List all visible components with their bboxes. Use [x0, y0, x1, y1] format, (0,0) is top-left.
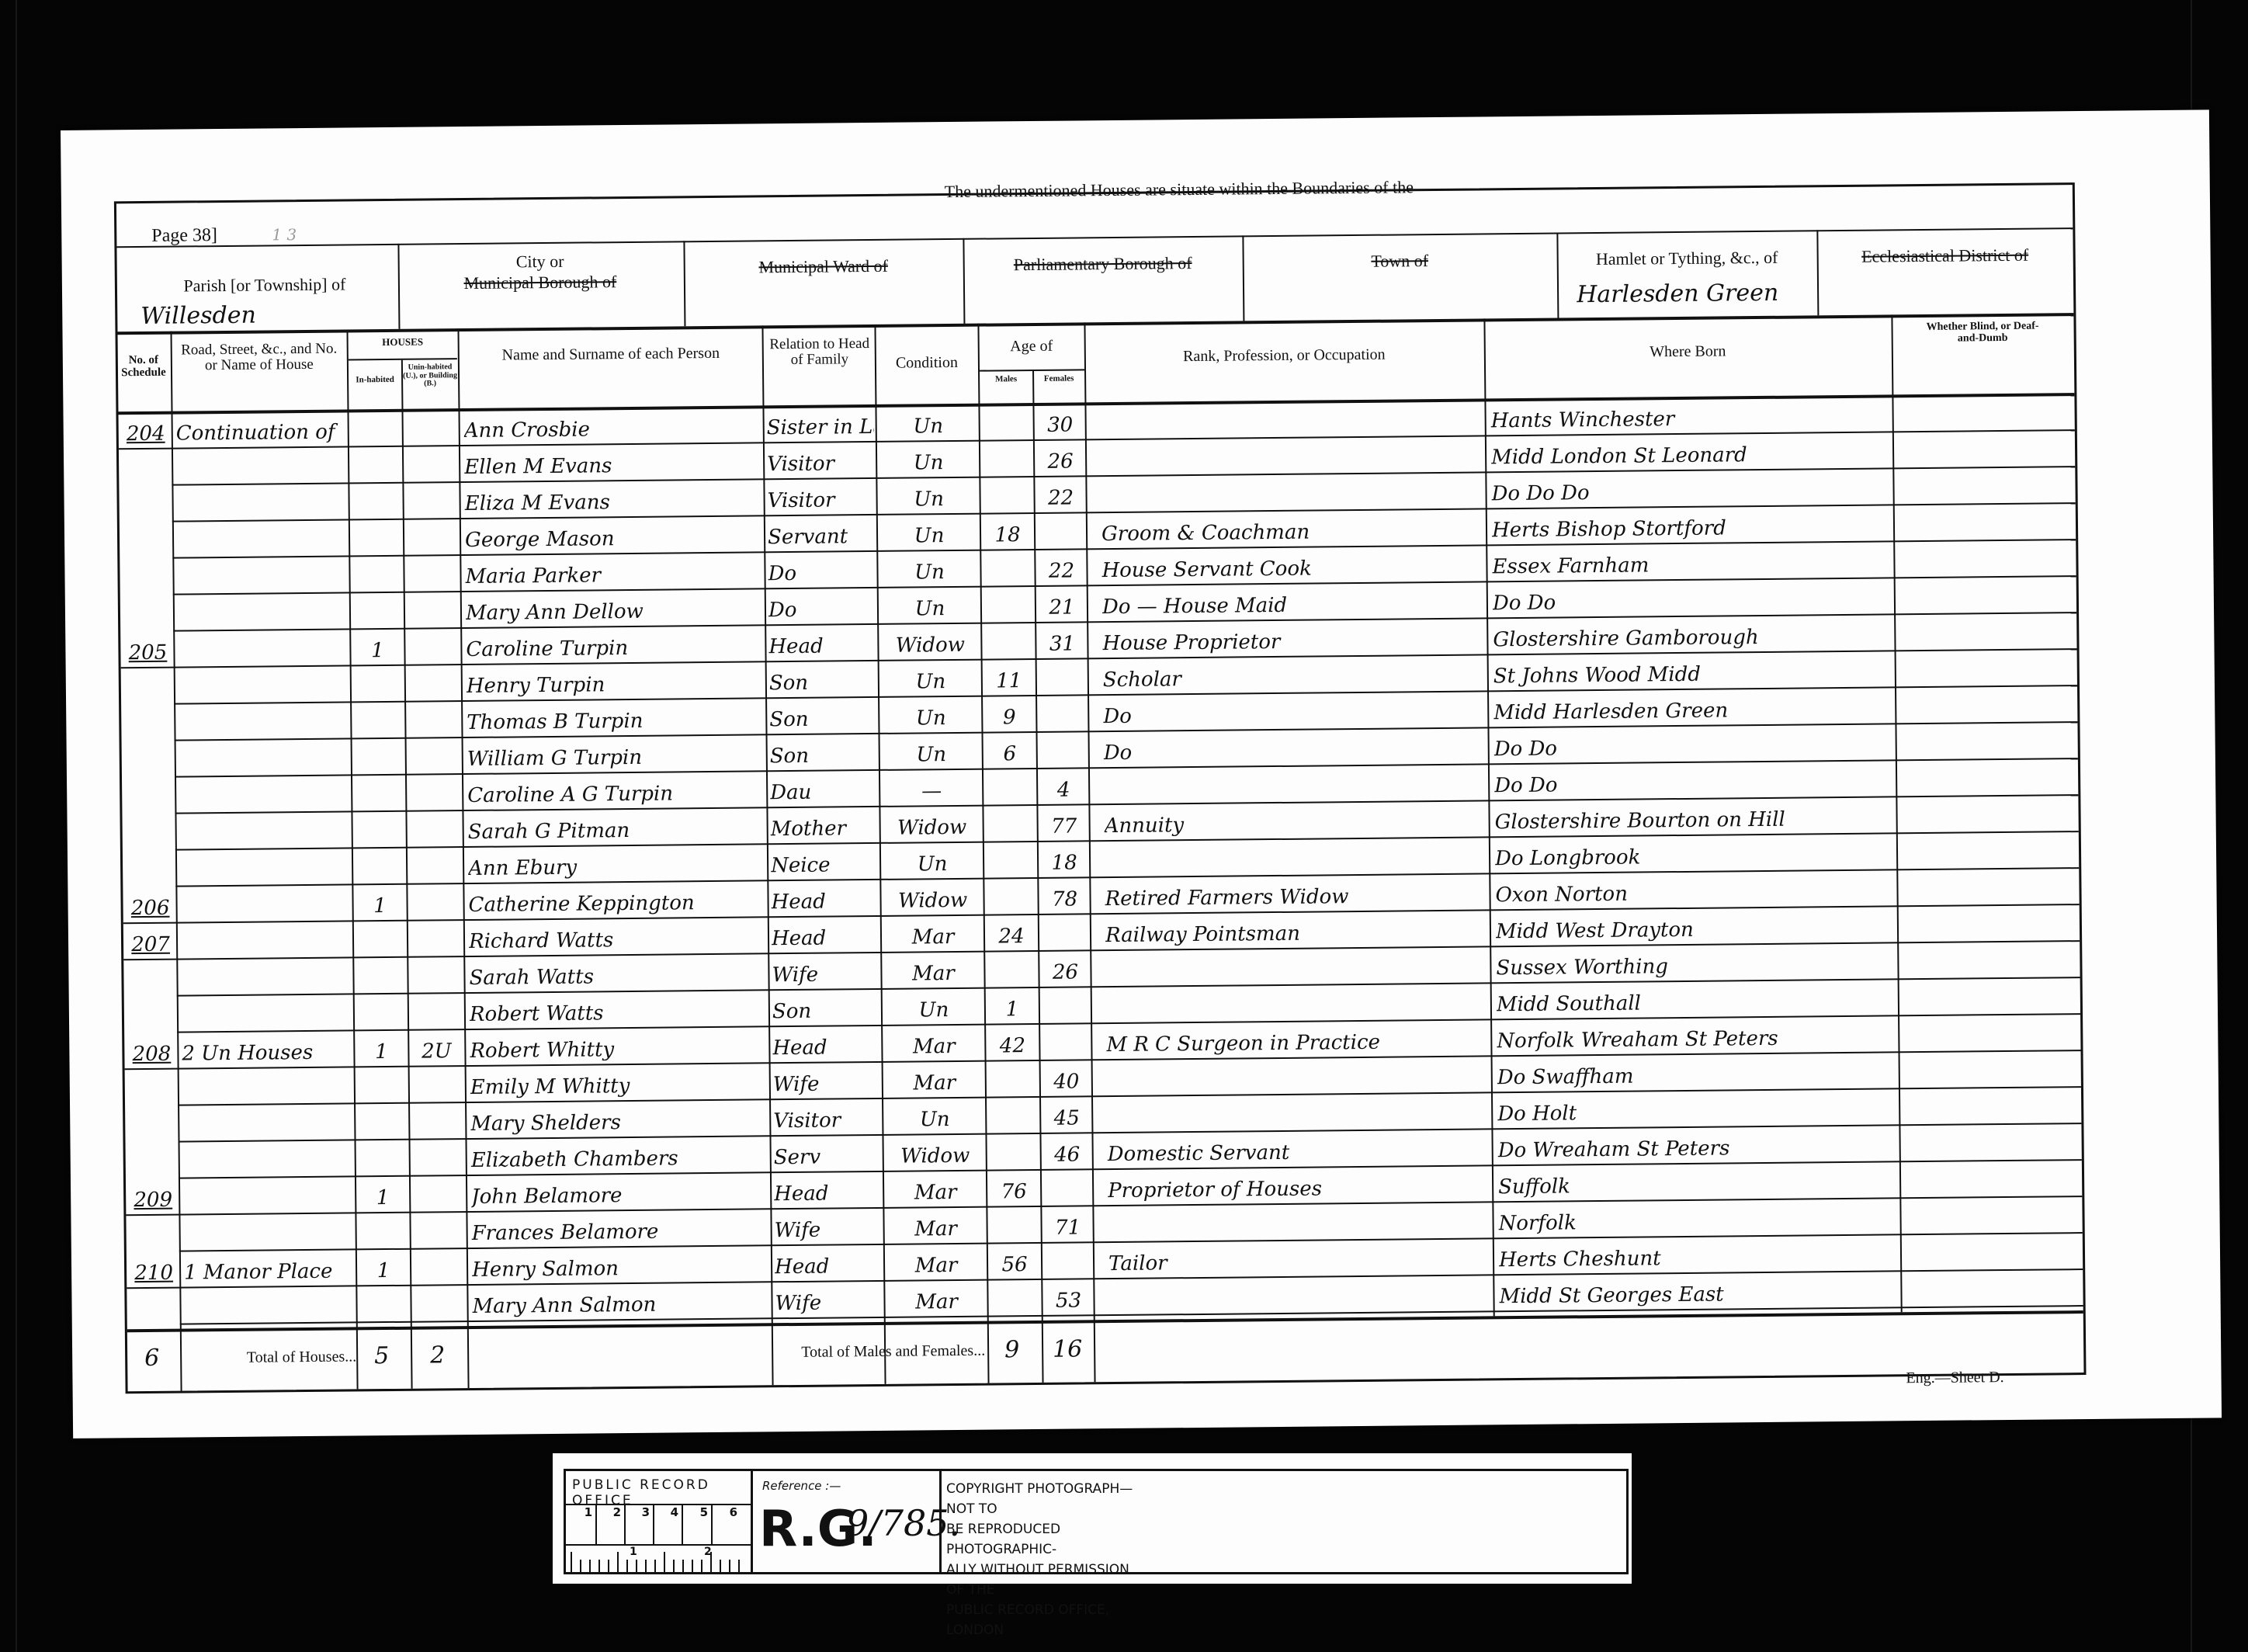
reference-number: 9/785. — [846, 1502, 960, 1544]
uninhabited-count — [405, 519, 458, 556]
inhabited-count — [358, 1104, 406, 1140]
divider — [1556, 232, 1559, 318]
occupation — [1105, 947, 1487, 987]
male-age — [987, 952, 1036, 988]
uninhabited-count — [412, 1249, 465, 1286]
ruler-tick — [682, 1560, 684, 1572]
page-label: Page 38] — [151, 226, 217, 246]
uninhabited-count — [409, 921, 462, 957]
occupation — [1101, 436, 1483, 476]
schedule-number — [125, 741, 173, 778]
occupation: Scholar — [1103, 655, 1485, 695]
col-header-condition: Condition — [877, 355, 977, 372]
person-name: Elizabeth Chambers — [471, 1137, 770, 1175]
person-name: John Belamore — [471, 1173, 770, 1212]
person-name: Eliza M Evans — [464, 480, 763, 519]
female-age: 71 — [1043, 1206, 1091, 1243]
schedule-number — [125, 814, 173, 851]
person-name: Maria Parker — [465, 553, 764, 592]
ruler-mark: 6 — [711, 1505, 741, 1544]
occupation — [1107, 1057, 1489, 1096]
schedule-number: 204 — [122, 413, 170, 449]
male-age — [985, 806, 1035, 842]
col-header-schedule: No. of Schedule — [118, 355, 169, 380]
female-age: 22 — [1037, 550, 1085, 586]
inhabited-count — [355, 812, 403, 849]
uninhabited-count — [406, 629, 459, 665]
birthplace: Do Do — [1494, 761, 1894, 800]
person-name: Mary Shelders — [470, 1100, 769, 1139]
ruler-tick — [571, 1552, 572, 1572]
condition: Widow — [883, 807, 980, 843]
birthplace: Norfolk — [1498, 1199, 1898, 1238]
female-age: 22 — [1036, 477, 1084, 513]
road-name — [180, 849, 351, 886]
inhabited-count — [353, 593, 401, 630]
reference-label: Reference :— — [762, 1479, 841, 1493]
occupation — [1107, 1093, 1489, 1133]
blind-deaf — [1896, 431, 2071, 468]
condition: Un — [886, 1098, 983, 1135]
ruler-tick — [654, 1560, 656, 1572]
female-age: 30 — [1036, 404, 1084, 440]
female-age: 77 — [1039, 805, 1088, 842]
male-age: 6 — [985, 733, 1035, 769]
person-name: Robert Whitty — [470, 1027, 768, 1066]
road-name — [180, 885, 351, 922]
ruler-tick — [720, 1560, 721, 1572]
relation: Mother — [770, 807, 877, 844]
male-age — [983, 587, 1033, 623]
occupation: M R C Surgeon in Practice — [1106, 1020, 1488, 1060]
relation: Head — [774, 1172, 881, 1209]
uninhabited-count — [406, 592, 459, 629]
reference-box: Reference :— R.G. 9/785. — [753, 1471, 942, 1572]
ruler-tick — [636, 1560, 637, 1572]
occupation — [1108, 1203, 1490, 1242]
inhabited-count — [356, 921, 404, 958]
uninhabited-count — [407, 702, 460, 738]
condition: Un — [885, 989, 983, 1026]
hamlet-value: Harlesden Green — [1577, 279, 1778, 308]
female-age: 31 — [1038, 623, 1086, 659]
road-name — [181, 958, 352, 995]
female-age: 21 — [1038, 586, 1086, 623]
col-header-uninhabited: Unin-habited (U.), or Building (B.) — [403, 363, 457, 388]
col-header-houses: HOUSES — [349, 336, 457, 348]
male-age — [985, 769, 1035, 806]
occupation — [1108, 1275, 1490, 1315]
occupation: Do — [1103, 692, 1485, 731]
road-name — [179, 812, 350, 849]
birthplace: Glostershire Gamborough — [1493, 615, 1892, 654]
relation: Servant — [768, 515, 875, 552]
occupation: Do — [1104, 728, 1486, 768]
road-name — [179, 739, 350, 776]
blind-deaf — [1897, 540, 2072, 578]
birthplace: St Johns Wood Midd — [1493, 651, 1893, 691]
person-name: Caroline A G Turpin — [467, 772, 766, 810]
ruler-tick — [608, 1560, 609, 1572]
relation: Do — [768, 588, 876, 625]
uninhabited-count — [404, 483, 457, 519]
copyright-line: COPYRIGHT PHOTOGRAPH—NOT TO — [946, 1479, 1148, 1519]
birthplace: Midd London St Leonard — [1491, 432, 1891, 472]
schedule-number — [127, 960, 175, 997]
condition: Widow — [883, 880, 981, 916]
schedule-number — [123, 595, 172, 632]
birthplace: Do Wreaham St Peters — [1497, 1126, 1897, 1165]
schedule-number: 208 — [127, 1033, 175, 1070]
condition: Un — [880, 551, 978, 588]
uninhabited-count — [411, 1176, 464, 1213]
person-name: Catherine Keppington — [468, 881, 767, 920]
birthplace: Sussex Worthing — [1496, 943, 1896, 983]
male-age: 1 — [987, 988, 1037, 1025]
town-label: Town of — [1247, 251, 1553, 272]
person-name: Ellen M Evans — [464, 443, 763, 482]
male-age: 76 — [989, 1171, 1039, 1207]
male-age — [986, 879, 1036, 915]
uninhabited-count — [410, 994, 463, 1030]
female-age — [1042, 987, 1090, 1024]
ruler-tick — [729, 1560, 730, 1572]
condition: Mar — [884, 916, 982, 953]
female-age: 18 — [1040, 842, 1088, 878]
relation: Wife — [775, 1282, 882, 1318]
occupation: Domestic Servant — [1107, 1130, 1489, 1169]
occupation — [1106, 984, 1488, 1023]
schedule-number — [129, 1216, 177, 1252]
relation: Visitor — [767, 442, 874, 479]
person-name: Mary Ann Salmon — [472, 1282, 771, 1321]
ruler-tick — [692, 1560, 693, 1572]
uninhabited-count: 2U — [410, 1030, 463, 1067]
birthplace: Essex Farnham — [1492, 542, 1892, 581]
occupation: Retired Farmers Widow — [1105, 874, 1487, 914]
ruler-tick — [617, 1552, 619, 1572]
copyright-line: ALLY WITHOUT PERMISSION OF THE — [946, 1560, 1148, 1600]
copyright-notice: COPYRIGHT PHOTOGRAPH—NOT TO BE REPRODUCE… — [946, 1479, 1148, 1640]
schedule-number — [130, 1289, 178, 1325]
inhabited-count — [356, 849, 404, 885]
condition: Un — [883, 734, 980, 770]
blind-deaf — [1898, 613, 2073, 651]
ruler-tick — [626, 1560, 628, 1572]
road-name — [182, 994, 352, 1032]
condition: Mar — [886, 1171, 984, 1208]
relation: Son — [770, 734, 877, 771]
uninhabited-count — [411, 1213, 464, 1249]
person-name: George Mason — [465, 516, 764, 555]
blind-deaf — [1904, 1270, 2079, 1307]
male-age — [981, 404, 1031, 441]
col-header-inhabited: In-habited — [349, 376, 401, 385]
female-age: 46 — [1042, 1133, 1091, 1170]
uninhabited-count — [407, 665, 460, 702]
copyright-line: BE REPRODUCED PHOTOGRAPHIC- — [946, 1519, 1148, 1560]
person-name: Frances Belamore — [471, 1209, 770, 1248]
male-age — [982, 477, 1032, 514]
blind-deaf — [1898, 577, 2073, 614]
blind-deaf — [1903, 1088, 2077, 1125]
occupation — [1105, 838, 1487, 877]
inhabited-count — [358, 1067, 406, 1104]
male-age: 42 — [987, 1025, 1037, 1061]
person-name: Sarah G Pitman — [467, 808, 766, 847]
relation: Serv — [773, 1136, 880, 1172]
birthplace: Midd Harlesden Green — [1493, 688, 1893, 727]
inhabited-count — [352, 520, 401, 557]
blind-deaf — [1900, 832, 2075, 869]
road-name — [179, 666, 349, 703]
schedule-number — [128, 1070, 176, 1106]
schedule-number — [122, 449, 170, 486]
blind-deaf — [1901, 905, 2076, 942]
divider — [1816, 230, 1819, 315]
birthplace: Do Do Do — [1491, 469, 1891, 508]
inhabited-count — [352, 447, 400, 484]
inhabited-count — [351, 411, 399, 447]
blind-deaf — [1899, 759, 2074, 796]
col-header-males: Males — [980, 375, 1032, 384]
condition: Widow — [881, 624, 979, 661]
uninhabited-count — [408, 775, 460, 811]
condition: Mar — [886, 1062, 983, 1098]
pro-ruler-box: PUBLIC RECORD OFFICE 1 2 3 4 5 6 1 2 — [566, 1471, 753, 1572]
schedule-number — [126, 851, 174, 887]
condition: Un — [879, 405, 977, 442]
occupation — [1101, 473, 1483, 512]
divider — [1242, 235, 1244, 321]
uninhabited-count — [411, 1140, 464, 1176]
uninhabited-count — [405, 556, 458, 592]
schedule-number — [124, 705, 172, 741]
road-name — [179, 703, 349, 740]
divider — [566, 1544, 751, 1546]
male-age — [988, 1098, 1038, 1134]
relation: Head — [771, 880, 878, 917]
blind-deaf — [1903, 1051, 2077, 1088]
relation: Dau — [770, 771, 877, 807]
male-age — [982, 441, 1032, 477]
hamlet-label: Hamlet or Tything, &c., of — [1561, 248, 1813, 268]
copyright-line: PUBLIC RECORD OFFICE, LONDON — [946, 1600, 1148, 1640]
female-age — [1039, 732, 1088, 769]
census-form: Page 38] 1 3 Parish [or Township] of Wil… — [114, 182, 2087, 1393]
birthplace: Do Swaffham — [1497, 1053, 1897, 1092]
pro-stamp: PUBLIC RECORD OFFICE 1 2 3 4 5 6 1 2 Ref… — [553, 1453, 1632, 1584]
uninhabited-count — [408, 884, 461, 921]
ruler-tick — [589, 1560, 591, 1572]
uninhabited-count — [412, 1286, 465, 1322]
ruler-mark: 3 — [624, 1505, 653, 1544]
uninhabited-count — [411, 1067, 463, 1103]
uninhabited-count — [404, 410, 456, 446]
ruler-mark: 2 — [595, 1505, 624, 1544]
road-name — [177, 557, 348, 594]
male-age: 24 — [987, 915, 1036, 952]
female-age: 40 — [1042, 1060, 1091, 1097]
scan-streak — [16, 0, 17, 1652]
relation: Neice — [771, 844, 878, 880]
road-name — [176, 484, 347, 521]
condition: — — [883, 770, 980, 807]
inhabited-count — [352, 484, 400, 520]
condition: Un — [879, 442, 977, 478]
road-name — [177, 520, 348, 557]
male-age — [983, 550, 1032, 587]
condition: Un — [882, 697, 980, 734]
inhabited-count — [359, 1286, 408, 1323]
total-males: 9 — [1004, 1336, 1019, 1363]
schedule-number — [123, 559, 171, 595]
relation: Wife — [774, 1209, 881, 1245]
schedule-number: 209 — [129, 1179, 177, 1216]
person-name: Robert Watts — [470, 991, 768, 1029]
female-age — [1037, 513, 1085, 550]
person-name: Ann Crosbie — [463, 407, 762, 446]
col-header-age: Age of — [980, 338, 1084, 355]
inhabited-count — [355, 739, 403, 776]
uninhabited-count — [404, 446, 457, 483]
inhabited-count: 1 — [357, 1031, 405, 1067]
female-age: 45 — [1042, 1097, 1091, 1133]
col-header-road: Road, Street, &c., and No. or Name of Ho… — [174, 342, 345, 374]
schedule-number: 205 — [123, 632, 172, 668]
person-name: Mary Ann Dellow — [466, 589, 765, 628]
birthplace: Oxon Norton — [1495, 870, 1895, 910]
road-name — [183, 1213, 354, 1251]
relation: Wife — [772, 953, 879, 990]
col-header-relation: Relation to Head of Family — [766, 336, 873, 368]
schedule-number — [124, 668, 172, 705]
occupation: Groom & Coachman — [1101, 509, 1483, 549]
relation: Head — [768, 625, 876, 661]
female-age — [1039, 659, 1087, 696]
inhabited-count — [352, 557, 401, 593]
blind-deaf — [1904, 1234, 2079, 1271]
schedule-number — [128, 1106, 176, 1143]
birthplace: Do Holt — [1497, 1089, 1897, 1129]
condition: Un — [882, 661, 980, 697]
road-name — [183, 1140, 354, 1178]
total-females: 16 — [1053, 1335, 1083, 1362]
city-label-line2: Municipal Borough of — [401, 272, 680, 293]
ecclesiastical-label: Ecclesiastical District of — [1821, 245, 2069, 265]
ruler-tick — [701, 1560, 702, 1572]
schedule-number — [122, 486, 170, 522]
inhabited-count — [357, 994, 405, 1031]
total-inhabited: 5 — [374, 1342, 389, 1369]
col-header-occupation: Rank, Profession, or Occupation — [1088, 345, 1480, 366]
blind-deaf — [1899, 723, 2073, 760]
total-schedules: 6 — [144, 1345, 159, 1372]
birthplace: Do Do — [1493, 724, 1893, 764]
person-name: Sarah Watts — [469, 954, 768, 993]
road-name — [183, 1177, 354, 1214]
relation: Son — [769, 698, 876, 734]
female-age: 53 — [1044, 1279, 1092, 1316]
ruler-tick — [738, 1560, 740, 1572]
schedule-number — [125, 778, 173, 814]
birthplace: Hants Winchester — [1490, 396, 1890, 436]
person-name: Henry Turpin — [467, 662, 765, 701]
schedule-number — [123, 522, 171, 559]
road-name — [182, 1104, 353, 1141]
birthplace: Do Longbrook — [1495, 834, 1895, 873]
uninhabited-count — [411, 1103, 463, 1140]
col-header-blind: Whether Blind, or Deaf-and-Dumb — [1895, 321, 2069, 345]
blind-deaf — [1901, 942, 2076, 979]
male-age — [988, 1061, 1038, 1098]
blind-deaf — [1896, 394, 2070, 432]
blind-deaf — [1899, 796, 2074, 833]
relation: Head — [772, 917, 879, 953]
inhabited-count — [356, 958, 404, 994]
relation: Visitor — [773, 1099, 880, 1136]
relation: Head — [772, 1026, 879, 1063]
ruler-tick — [710, 1552, 712, 1572]
blind-deaf — [1902, 1015, 2076, 1052]
road-name — [182, 1067, 353, 1105]
blind-deaf — [1900, 869, 2075, 906]
uninhabited-count — [408, 811, 460, 848]
col-header-females: Females — [1034, 374, 1084, 383]
ruler-mark: 1 — [566, 1505, 595, 1544]
male-age: 56 — [990, 1244, 1039, 1280]
occupation: Do — House Maid — [1102, 582, 1484, 622]
ruler-tick — [598, 1560, 600, 1572]
blind-deaf — [1899, 686, 2073, 724]
male-age: 11 — [984, 660, 1034, 696]
ruler-mark: 4 — [653, 1505, 682, 1544]
sheet-footer: Eng.—Sheet D. — [1858, 1369, 2052, 1386]
female-age — [1044, 1243, 1092, 1279]
relation: Son — [769, 661, 876, 698]
relation: Do — [768, 552, 875, 588]
schedule-number: 206 — [126, 887, 174, 924]
road-name: 1 Manor Place — [184, 1250, 355, 1287]
parliamentary-label: Parliamentary Borough of — [967, 253, 1239, 273]
relation: Sister in Law — [766, 406, 873, 442]
road-name — [181, 921, 352, 959]
birthplace: Midd St Georges East — [1499, 1272, 1899, 1311]
person-name: Ann Ebury — [468, 845, 767, 883]
relation: Head — [775, 1245, 882, 1282]
male-age — [983, 623, 1033, 660]
relation: Visitor — [767, 479, 874, 515]
inhabited-count: 1 — [359, 1177, 407, 1213]
condition: Un — [879, 478, 977, 515]
ruler-mark: 5 — [682, 1505, 711, 1544]
condition: Mar — [884, 953, 982, 989]
person-name: Caroline Turpin — [466, 626, 765, 665]
birthplace: Norfolk Wreaham St Peters — [1497, 1016, 1896, 1056]
female-age: 4 — [1039, 769, 1088, 805]
census-page: The undermentioned Houses are situate wi… — [61, 109, 2222, 1438]
person-name: Richard Watts — [469, 918, 768, 956]
condition: Mar — [885, 1026, 983, 1062]
ruler-tick — [673, 1560, 675, 1572]
birthplace: Midd Southall — [1497, 980, 1896, 1019]
total-uninhabited: 2 — [430, 1341, 445, 1369]
inhabited-count: 1 — [353, 630, 401, 666]
uninhabited-count — [408, 738, 460, 775]
female-age: 78 — [1040, 878, 1088, 914]
male-age: 18 — [983, 514, 1032, 550]
male-age: 9 — [984, 696, 1034, 733]
